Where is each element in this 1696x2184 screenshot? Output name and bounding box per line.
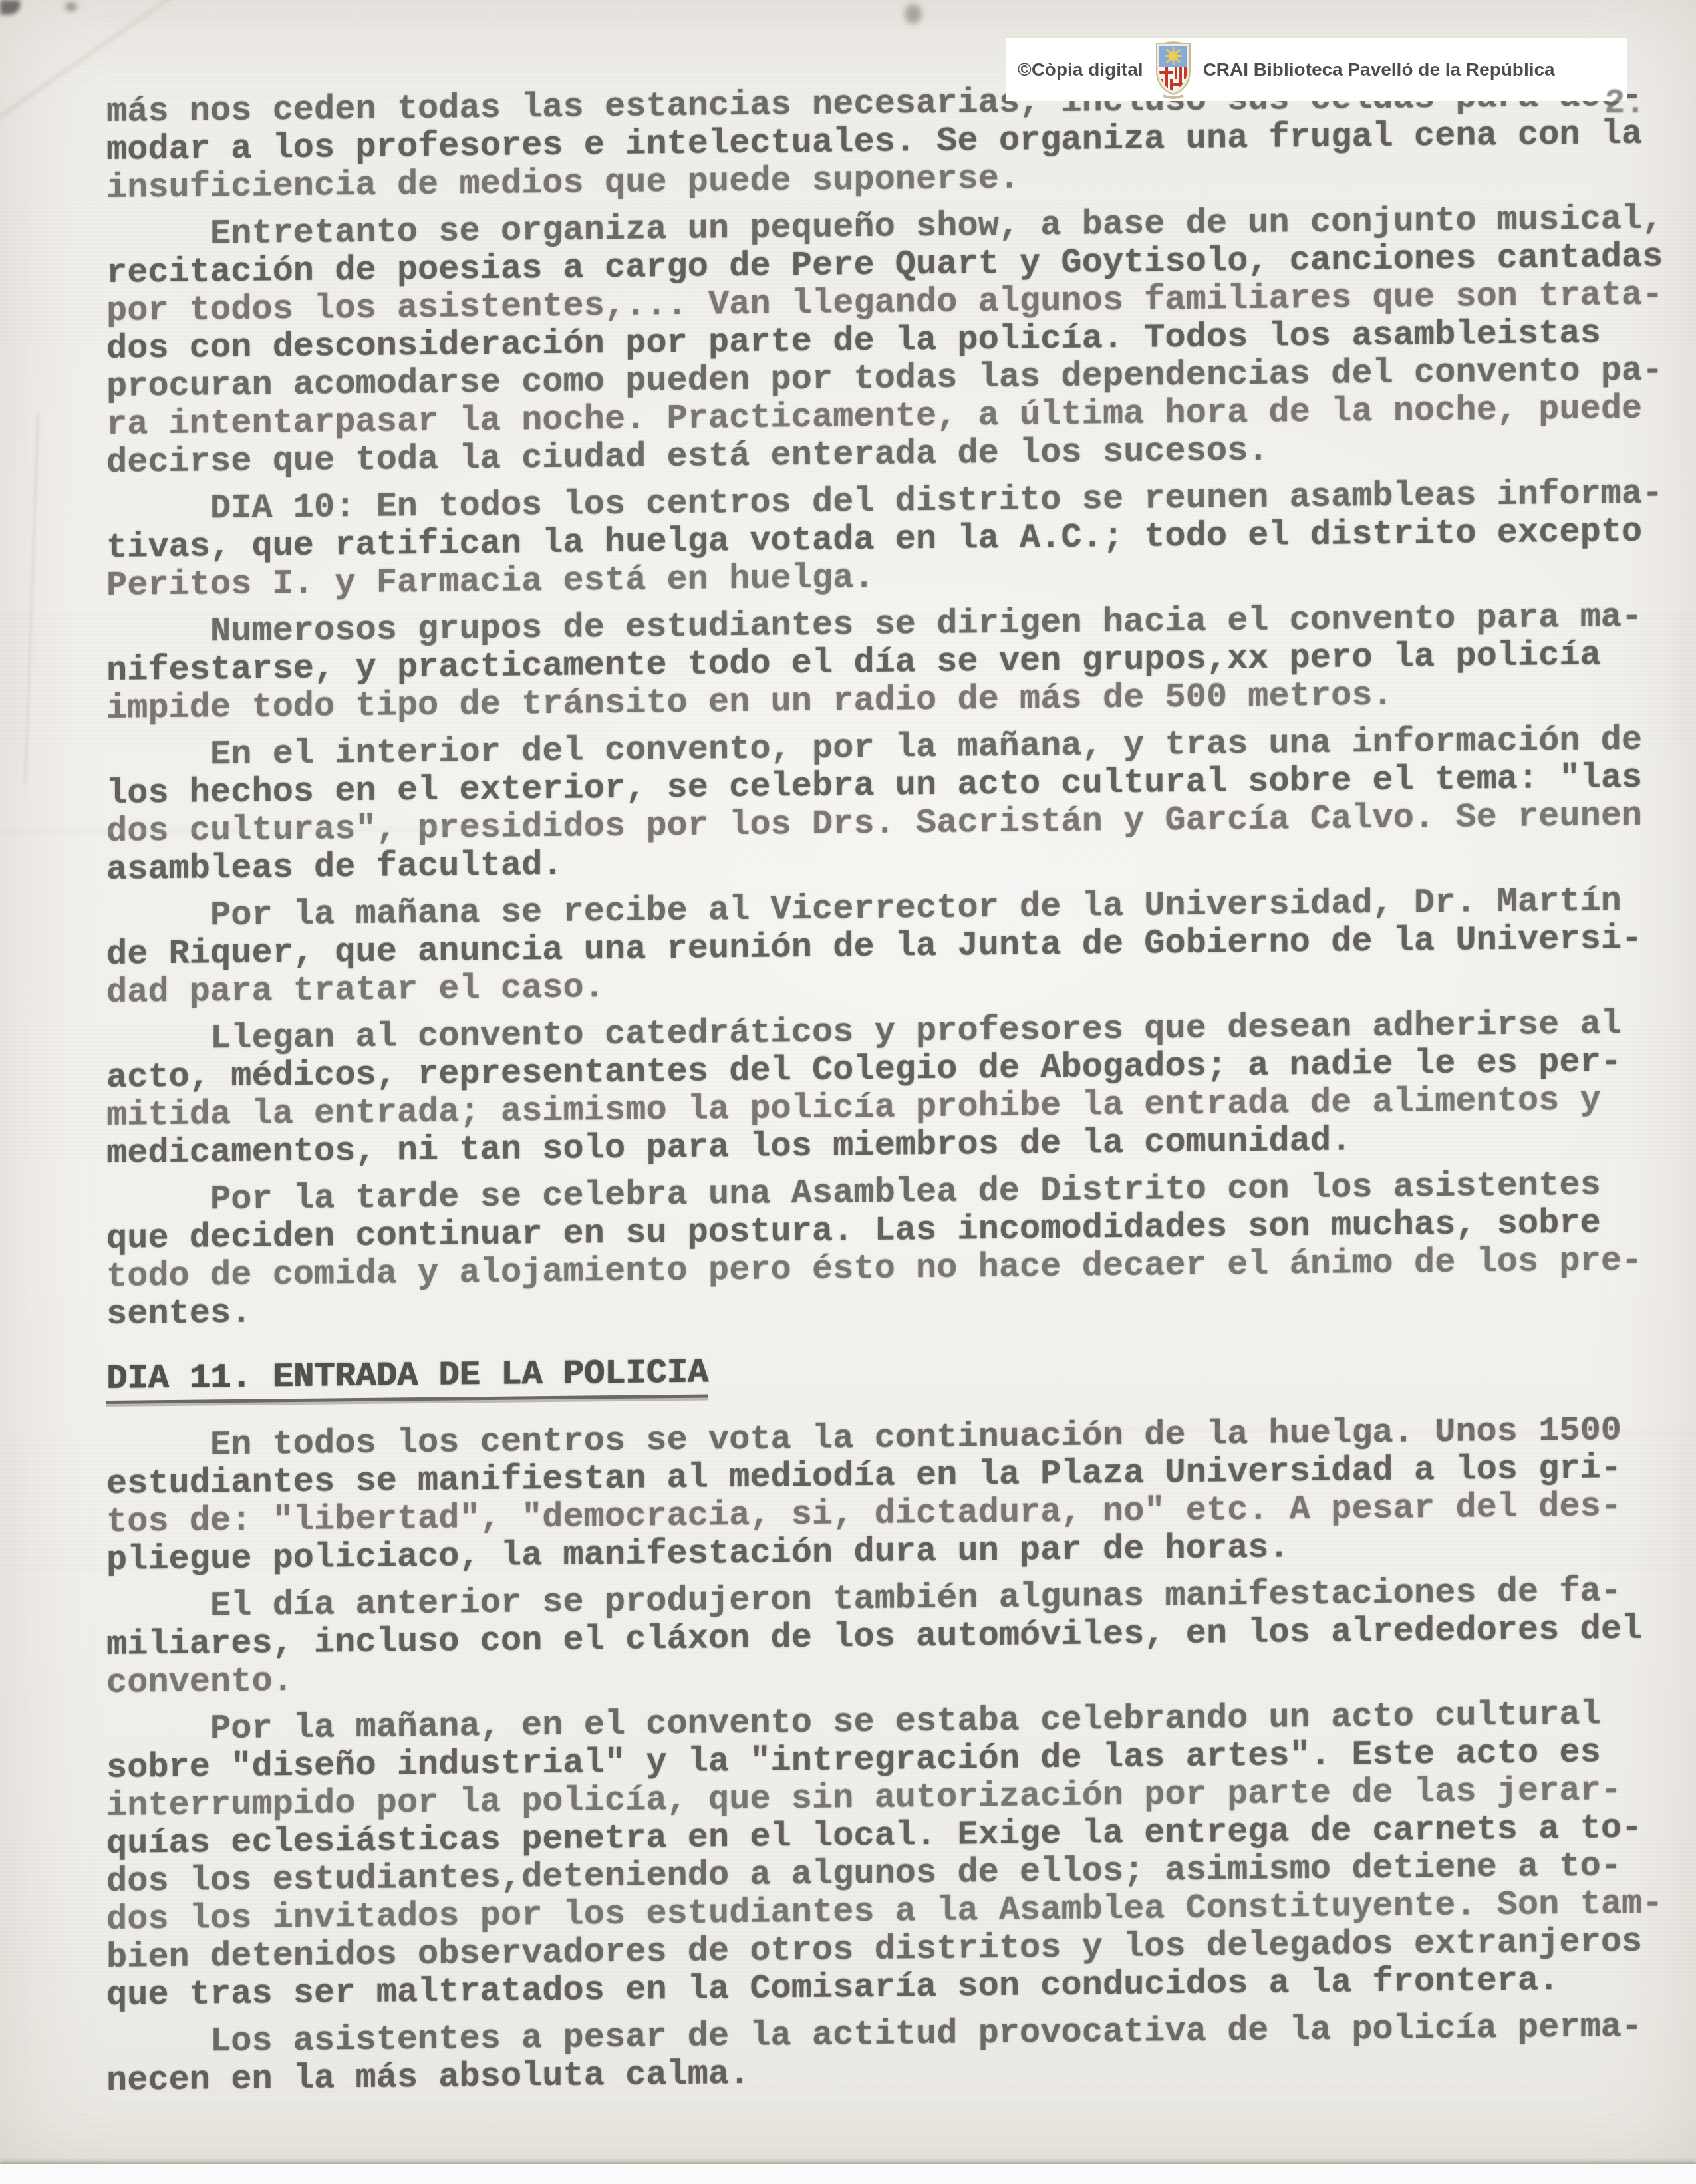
- paragraph: Llegan al convento catedráticos y profes…: [106, 1004, 1683, 1172]
- typewritten-text: más nos ceden todas las estancias necesa…: [106, 76, 1683, 2100]
- paragraph: Entretanto se organiza un pequeño show, …: [106, 200, 1683, 481]
- paragraph: En el interior del convento, por la maña…: [106, 720, 1683, 888]
- paragraph: Numerosos grupos de estudiantes se dirig…: [106, 597, 1683, 728]
- paragraph: Por la mañana, en el convento se estaba …: [106, 1695, 1683, 2014]
- page-number: 2.: [1604, 84, 1645, 123]
- watermark-bar: ©Còpia digital: [1006, 38, 1627, 101]
- scanned-page: ©Còpia digital: [0, 0, 1696, 2184]
- paragraph: Por la mañana se recibe al Vicerrector d…: [106, 881, 1683, 1012]
- paragraph: El día anterior se produjeron también al…: [106, 1571, 1683, 1702]
- paragraph: En todos los centros se vota la continua…: [106, 1411, 1683, 1579]
- section-heading: DIA 11. ENTRADA DE LA POLICIA: [106, 1343, 1683, 1401]
- paragraph: Por la tarde se celebra una Asamblea de …: [106, 1165, 1683, 1333]
- watermark-prefix: ©Còpia digital: [1018, 59, 1143, 80]
- university-crest-icon: [1151, 41, 1195, 99]
- ink-speck: [905, 4, 922, 24]
- paragraph: DIA 10: En todos los centros del distrit…: [106, 474, 1683, 605]
- scan-corner-mark: [0, 0, 20, 15]
- watermark-suffix: CRAI Biblioteca Pavelló de la República: [1203, 59, 1555, 80]
- ink-speck: [65, 3, 77, 11]
- paper-crease: [24, 412, 39, 785]
- scanner-background-strip: [0, 2164, 1696, 2184]
- section-heading-text: DIA 11. ENTRADA DE LA POLICIA: [106, 1354, 708, 1401]
- paragraph: Los asistentes a pesar de la actitud pro…: [106, 2007, 1683, 2100]
